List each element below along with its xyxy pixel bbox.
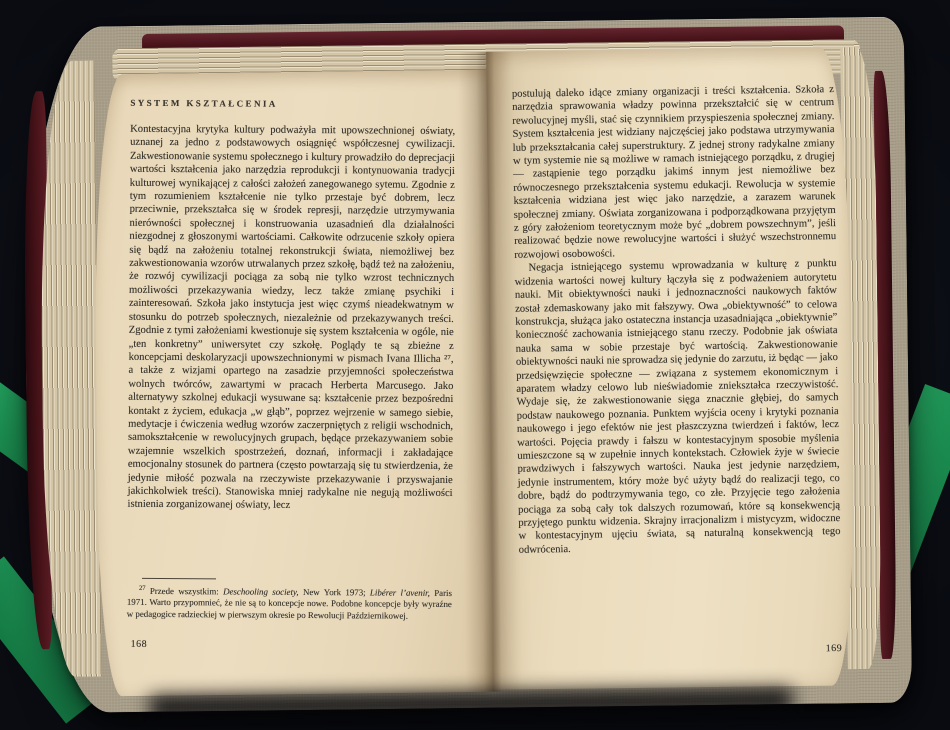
- left-page-content: SYSTEM KSZTAŁCENIA Kontestacyjna krytyka…: [92, 70, 487, 693]
- footnote-rule: [142, 578, 216, 580]
- footnote-text: 27 Przede wszystkim: Deschooling society…: [127, 583, 452, 622]
- right-page-content: postulują daleko idące zmiany organizacj…: [486, 47, 854, 689]
- chapter-running-header: SYSTEM KSZTAŁCENIA: [130, 98, 277, 109]
- page-number-right: 169: [520, 643, 842, 659]
- right-page-paragraph-1: postulują daleko idące zmiany organizacj…: [512, 83, 837, 262]
- footnote: 27 Przede wszystkim: Deschooling society…: [127, 583, 452, 622]
- photo-background: { "book": { "left_page": { "header": "SY…: [0, 0, 950, 730]
- right-page-paragraph-2: Negacja istniejącego systemu wprowadzani…: [514, 257, 840, 557]
- footnote-book-title-1: Deschooling society,: [223, 586, 299, 597]
- right-page-body: postulują daleko idące zmiany organizacj…: [512, 83, 841, 557]
- page-number-left: 168: [131, 639, 148, 650]
- left-page-body: Kontestacyjna krytyka kultury podważyła …: [128, 123, 456, 514]
- footnote-book-title-2: Libérer l’avenir,: [370, 587, 430, 597]
- left-page-paragraph: Kontestacyjna krytyka kultury podważyła …: [128, 123, 456, 514]
- open-book: SYSTEM KSZTAŁCENIA Kontestacyjna krytyka…: [22, 17, 912, 714]
- right-page: postulują daleko idące zmiany organizacj…: [486, 47, 854, 689]
- left-page: SYSTEM KSZTAŁCENIA Kontestacyjna krytyka…: [92, 70, 494, 697]
